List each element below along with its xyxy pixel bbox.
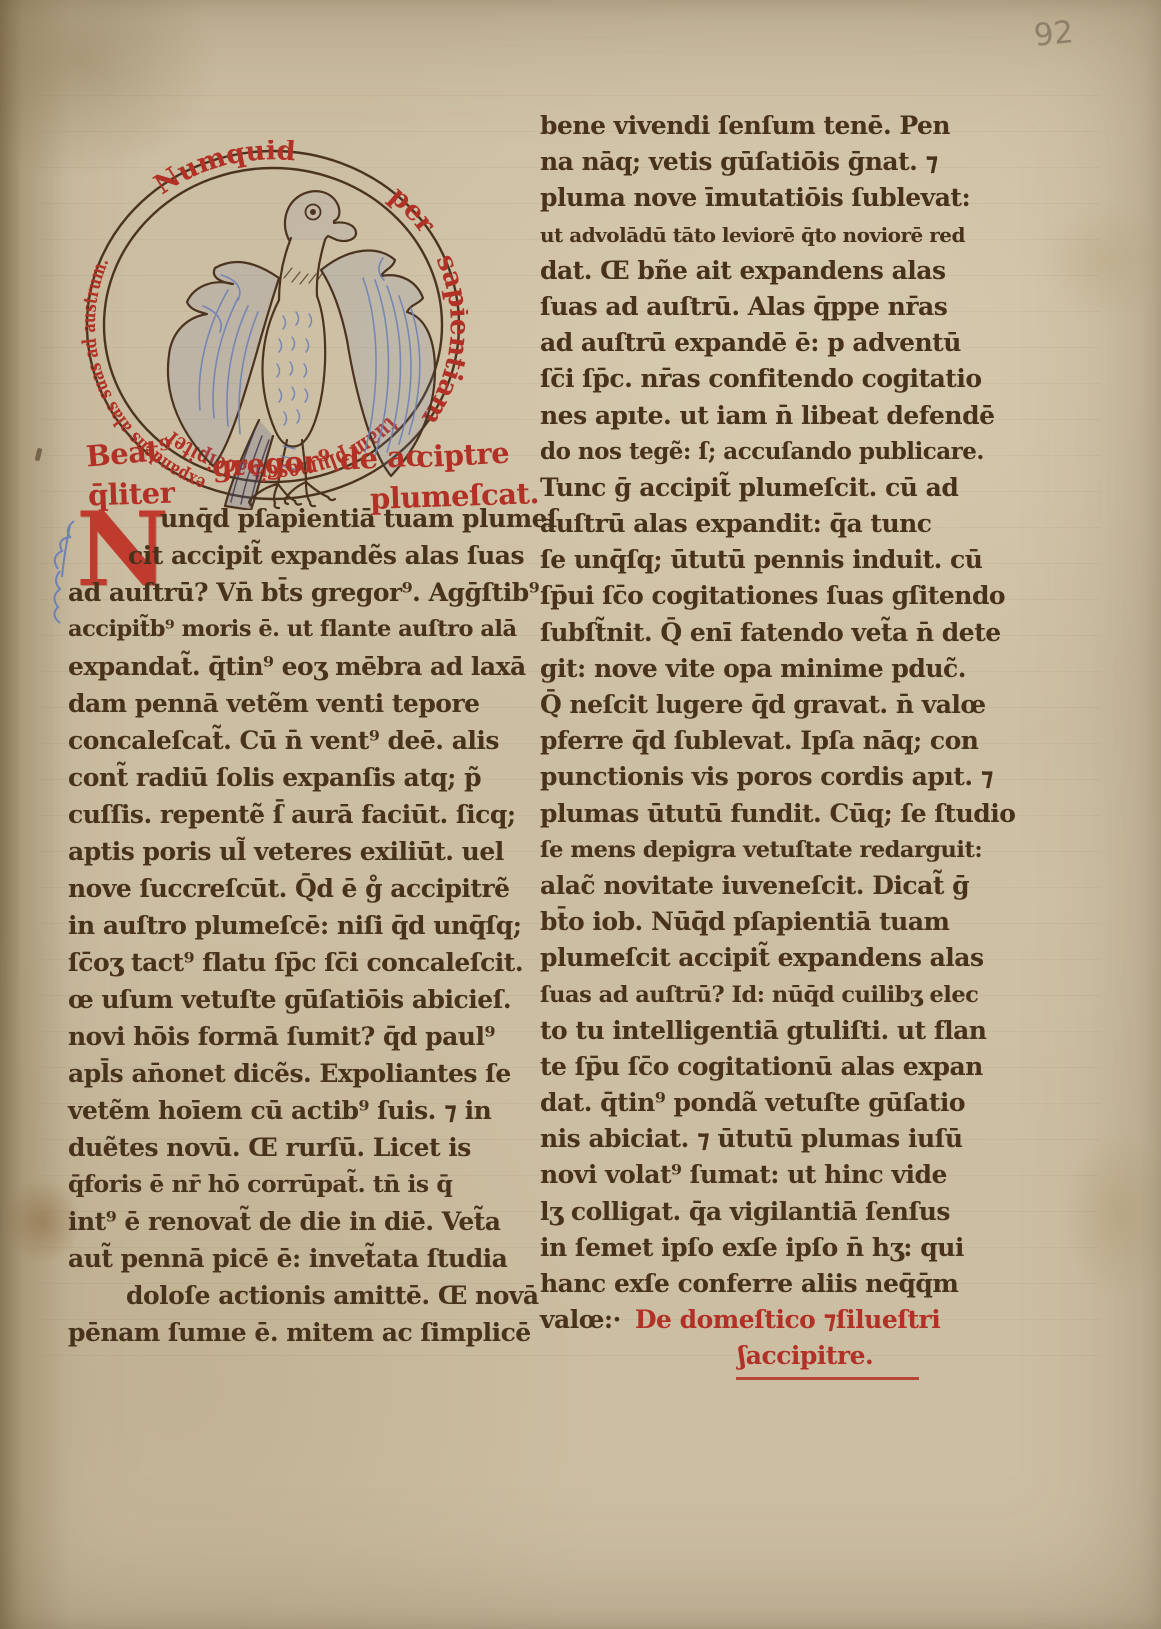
text-line: ſe mens depigra vetuſtate redarguit: <box>540 832 970 868</box>
text-line: ſe unq̄ſq; ūtutū pennis induit. cū <box>540 542 970 578</box>
text-fragment: valœ:· <box>540 1305 621 1334</box>
text-line: bene vivendi ſenſum tenē. Pen <box>540 108 970 144</box>
text-line: novi volat⁹ ſumat: ut hinc vide <box>540 1157 970 1193</box>
manuscript-page: 92 Numquid per sapientiam expandens alas… <box>0 0 1161 1629</box>
text-line: ſc̄i ſp̄c. nr̄as confitendo cogitatio <box>540 361 970 397</box>
parchment-stain <box>1040 200 1161 320</box>
text-line: vetẽm hoīem cū actib⁹ ſuis. ⁊ in <box>68 1092 496 1129</box>
text-line: cuſſis. repentẽ ſ̄ aurā faciūt. ſicq; <box>68 796 496 833</box>
text-line: te ſp̄u ſc̄o cogitationū alas expan <box>540 1049 970 1085</box>
left-column: unq̄d pſapientiā tuam plumeſcit accipit̃… <box>68 500 496 1351</box>
text-line: œ uſum vetuſte gūſatiōis abicieſ. <box>68 981 496 1018</box>
text-line: alac̃ novitate iuveneſcit. Dicat̃ ḡ <box>540 868 970 904</box>
text-line: expandat̃. q̄tin⁹ eoʒ mēbra ad laxā <box>68 648 496 685</box>
rubric-caption-word: ciptre <box>415 436 510 475</box>
text-line: aut̃ pennā picē ē: invet̃ata ſtudia <box>68 1240 496 1277</box>
text-line: lʒ colligat. q̄a vigilantiā ſenſus <box>540 1194 970 1230</box>
chapter-rubric: De domeſtico ⁊ſilueſtri <box>635 1305 940 1334</box>
svg-text:Numquid: Numquid <box>149 140 297 201</box>
text-line: dat. q̄tin⁹ pondã vetuſte gūſatio <box>540 1085 970 1121</box>
text-line: pluma nove īmutatiōis ſublevat: <box>540 180 970 216</box>
parchment-stain <box>1062 1130 1161 1300</box>
text-line: cont̃ radiū ſolis expanſis atq; p̃ <box>68 759 496 796</box>
svg-text:per: per <box>383 180 442 239</box>
text-line: duẽtes novū. Œ rurſū. Licet is <box>68 1129 496 1166</box>
text-line: ad auſtrū expandē ē: p adventū <box>540 325 970 361</box>
text-line: doloſe actionis amittē. Œ novā <box>68 1277 496 1314</box>
text-line: plumeſcit accipit̃ expandens alas <box>540 940 970 976</box>
text-line: git: nove vite opa minime pduc̃. <box>540 651 970 687</box>
text-line: in auſtro plumeſcē: niſi q̄d unq̄ſq; <box>68 907 496 944</box>
text-line: Q̄ neſcit lugere q̄d gravat. n̄ valœ <box>540 687 970 723</box>
text-line: apl̄s an̄onet dicẽs. Expoliantes ſe <box>68 1055 496 1092</box>
text-line: dat. Œ bñe ait expandens alas <box>540 253 970 289</box>
right-column: bene vivendi ſenſum tenē. Penna nāq; vet… <box>540 108 970 1375</box>
text-line: q̄foris ē nr̄ hō corrūpat̃. tn̄ is q̄ <box>68 1166 496 1203</box>
text-line: unq̄d pſapientiā tuam plumeſ <box>68 500 496 537</box>
text-line: ſuas ad auſtrū. Alas q̄ppe nr̄as <box>540 289 970 325</box>
text-line: auſtrū alas expandit: q̄a tunc <box>540 506 970 542</box>
text-line: pferre q̄d ſublevat. Ipſa nāq; con <box>540 723 970 759</box>
ink-fleck <box>35 448 43 462</box>
text-line: int⁹ ē renovat̃ de die in diē. Vet̃a <box>68 1203 496 1240</box>
text-line: accipit̃b⁹ moris ē. ut flante auſtro alā <box>68 611 496 648</box>
text-line: nis abiciat. ⁊ ūtutū plumas iuſū <box>540 1121 970 1157</box>
text-line: to tu intelligentiā gtuliſti. ut flan <box>540 1013 970 1049</box>
text-line: ad auſtrū? Vn̄ bt̄s gregor⁹. Agḡſtib⁹ <box>68 574 496 611</box>
text-line: hanc exſe conferre aliis neq̄q̄m <box>540 1266 970 1302</box>
text-line-with-rubric: valœ:·De domeſtico ⁊ſilueſtri <box>540 1302 970 1338</box>
text-line: pēnam ſumıe ē. mitem ac ſimplicē <box>68 1314 496 1351</box>
text-line: ſubſt̃nit. Q̄ enī fatendo vet̃a n̄ dete <box>540 615 970 651</box>
text-line: aptis poris ul̃ veteres exiliūt. uel <box>68 833 496 870</box>
text-line: dam pennā vetẽm venti tepore <box>68 685 496 722</box>
text-line: concaleſcat̃. Cū n̄ vent⁹ deē. alis <box>68 722 496 759</box>
text-line: Tunc ḡ accipit̃ plumeſcit. cū ad <box>540 470 970 506</box>
text-line: ſuas ad auſtrū? Id: nūq̄d cuilibʒ elec <box>540 977 970 1013</box>
text-line: ſp̄ui ſc̄o cogitationes ſuas gſitendo <box>540 578 970 614</box>
text-line: nove ſuccreſcūt. Q̄d ē g̊ accipitrẽ <box>68 870 496 907</box>
text-line: na nāq; vetis gūſatiōis ḡnat. ⁊ <box>540 144 970 180</box>
text-line: ut advolādū tāto leviorē q̄to noviorē re… <box>540 217 970 253</box>
text-line: punctionis vis poros cordis apıt. ⁊ <box>540 759 970 795</box>
text-line: novi hōis formā ſumit? q̄d paul⁹ <box>68 1018 496 1055</box>
text-line: nes apıte. ut iam n̄ libeat defendē <box>540 398 970 434</box>
text-line: cit accipit̃ expandẽs alas ſuas <box>68 537 496 574</box>
text-line: bt̄o iob. Nūq̄d pſapientiā tuam <box>540 904 970 940</box>
text-line: do nos tegẽ: ſ; accuſando publicare. <box>540 434 970 470</box>
rubric-line: ʃaccipitre. <box>540 1338 970 1374</box>
text-line: in ſemet ipſo exſe ipſo n̄ hʒ: qui <box>540 1230 970 1266</box>
text-line: ſc̄oʒ tact⁹ flatu ſp̄c ſc̄i concaleſcit. <box>68 944 496 981</box>
folio-number: 92 <box>1032 14 1075 54</box>
text-line: plumas ūtutū fundit. Cūq; ſe ſtudio <box>540 796 970 832</box>
chapter-rubric-continued: ʃaccipitre. <box>736 1338 919 1379</box>
